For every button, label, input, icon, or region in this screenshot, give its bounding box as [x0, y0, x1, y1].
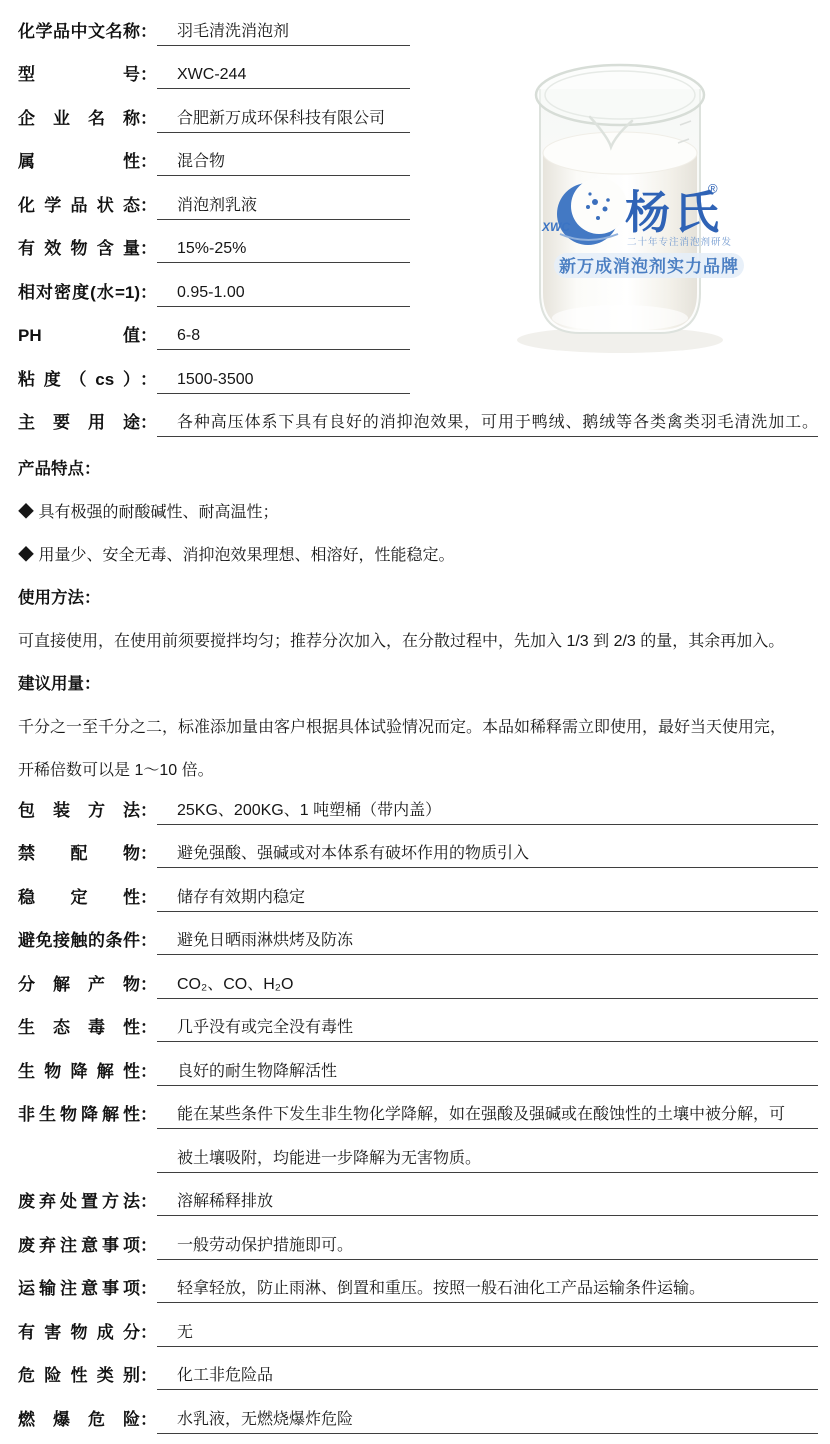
field-value: CO₂、CO、H₂O — [157, 975, 818, 999]
field-label: 有害物成分 — [18, 1323, 140, 1347]
field-label: 有效物含量 — [18, 239, 140, 263]
logo-code-text: XWC — [541, 220, 570, 234]
dosage-text-line-2: 开稀倍数可以是 1～10 倍。 — [18, 738, 818, 781]
field-label: 相对密度(水=1) — [18, 283, 140, 307]
field-label: 稳定性 — [18, 888, 140, 912]
field-label: 禁配物 — [18, 844, 140, 868]
field-colon: ： — [140, 109, 157, 133]
field-colon: ： — [140, 1192, 157, 1216]
field-row-transport-precautions: 运输注意事项： 轻拿轻放，防止雨淋、倒置和重压。按照一般石油化工产品运输条件运输… — [18, 1260, 818, 1304]
datasheet-page: 化学品中文名称： 羽毛清洗消泡剂 型号： XWC-244 企业名称： 合肥新万成… — [0, 0, 830, 1444]
field-label: 化学品状态 — [18, 196, 140, 220]
field-value: 化工非危险品 — [157, 1366, 818, 1390]
field-row-eco-toxicity: 生态毒性： 几乎没有或完全没有毒性 — [18, 999, 818, 1043]
field-value: 6-8 — [157, 326, 410, 350]
field-colon: ： — [140, 1366, 157, 1390]
field-colon: ： — [140, 801, 157, 825]
field-colon: ： — [140, 1236, 157, 1260]
field-row-decomposition-products: 分解产物： CO₂、CO、H₂O — [18, 955, 818, 999]
features-heading: 产品特点： — [18, 437, 818, 480]
field-colon: ： — [140, 1062, 157, 1086]
field-label: 燃爆危险 — [18, 1410, 140, 1434]
field-colon: ： — [140, 152, 157, 176]
field-row-fire-explosion-hazard: 燃爆危险： 水乳液，无燃烧爆炸危险 — [18, 1390, 818, 1434]
field-label: 生物降解性 — [18, 1062, 140, 1086]
field-colon: ： — [140, 22, 157, 46]
usage-method-heading: 使用方法： — [18, 566, 818, 609]
field-label: 非生物降解性 — [18, 1105, 140, 1129]
field-label: 危险性类别 — [18, 1366, 140, 1390]
field-label: 生态毒性 — [18, 1018, 140, 1042]
field-colon: ： — [140, 888, 157, 912]
field-row-non-biodegradability: 非生物降解性： 能在某些条件下发生非生物化学降解，如在强酸及强碱或在酸蚀性的土壤… — [18, 1086, 818, 1173]
field-label: 化学品中文名称 — [18, 22, 140, 46]
field-value: 几乎没有或完全没有毒性 — [157, 1018, 818, 1042]
field-label: 包装方法 — [18, 801, 140, 825]
field-value: 一般劳动保护措施即可。 — [157, 1236, 818, 1260]
field-label: 避免接触的条件 — [18, 931, 140, 955]
field-label: 企业名称 — [18, 109, 140, 133]
field-label: 属性 — [18, 152, 140, 176]
brand-tagline-text: 二十年专注消泡剂研发 — [627, 236, 732, 248]
field-colon: ： — [140, 239, 157, 263]
field-value: 良好的耐生物降解活性 — [157, 1062, 818, 1086]
field-value-line-1: 能在某些条件下发生非生物化学降解，如在强酸及强碱或在酸蚀性的土壤中被分解，可 — [157, 1086, 818, 1130]
field-colon: ： — [140, 1018, 157, 1042]
field-row-waste-precautions: 废弃注意事项： 一般劳动保护措施即可。 — [18, 1216, 818, 1260]
feature-bullet-1: ◆ 具有极强的耐酸碱性、耐高温性； — [18, 480, 818, 523]
field-value: 水乳液，无燃烧爆炸危险 — [157, 1410, 818, 1434]
field-value-line-2: 被土壤吸附，均能进一步降解为无害物质。 — [157, 1129, 818, 1173]
field-value: 轻拿轻放，防止雨淋、倒置和重压。按照一般石油化工产品运输条件运输。 — [157, 1279, 818, 1303]
field-label: PH值 — [18, 326, 140, 350]
dosage-heading: 建议用量： — [18, 652, 818, 695]
field-colon: ： — [140, 1105, 157, 1129]
field-row-main-use: 主要用途： 各种高压体系下具有良好的消抑泡效果，可用于鸭绒、鹅绒等各类禽类羽毛清… — [18, 394, 818, 438]
field-colon: ： — [140, 1279, 157, 1303]
field-value: 25KG、200KG、1 吨塑桶（带内盖） — [157, 801, 818, 825]
field-value: 混合物 — [157, 152, 410, 176]
beaker-rim-outer — [536, 65, 704, 125]
registered-trademark-icon: ® — [708, 181, 718, 196]
brand-banner-text: 新万成消泡剂实力品牌 — [559, 256, 739, 276]
field-value: 无 — [157, 1323, 818, 1347]
field-value: 储存有效期内稳定 — [157, 888, 818, 912]
product-photo-beaker: XWC 杨氏 ® 二十年专注消泡剂研发 新万成消泡剂实力品牌 — [498, 36, 778, 358]
field-colon: ： — [140, 975, 157, 999]
field-value: 避免日晒雨淋烘烤及防冻 — [157, 931, 818, 955]
field-row-stability: 稳定性： 储存有效期内稳定 — [18, 868, 818, 912]
field-value: 1500-3500 — [157, 370, 410, 394]
field-value: 羽毛清洗消泡剂 — [157, 22, 410, 46]
field-value: 避免强酸、强碱或对本体系有破坏作用的物质引入 — [157, 844, 818, 868]
field-label: 运输注意事项 — [18, 1279, 140, 1303]
field-value: XWC-244 — [157, 65, 410, 89]
field-value: 15%-25% — [157, 239, 410, 263]
field-colon: ： — [140, 844, 157, 868]
field-value: 合肥新万成环保科技有限公司 — [157, 109, 410, 133]
field-colon: ： — [140, 1410, 157, 1434]
feature-bullet-2: ◆ 用量少、安全无毒、消抑泡效果理想、相溶好，性能稳定。 — [18, 523, 818, 566]
field-label: 粘度（cs） — [18, 370, 140, 394]
field-value: 0.95-1.00 — [157, 283, 410, 307]
field-label: 主要用途 — [18, 413, 140, 437]
field-colon: ： — [140, 283, 157, 307]
field-colon: ： — [140, 931, 157, 955]
field-colon: ： — [140, 370, 157, 394]
liquid-surface — [543, 132, 697, 174]
field-row-biodegradability: 生物降解性： 良好的耐生物降解活性 — [18, 1042, 818, 1086]
field-label: 废弃注意事项 — [18, 1236, 140, 1260]
field-row-conditions-to-avoid: 避免接触的条件： 避免日晒雨淋烘烤及防冻 — [18, 912, 818, 956]
field-colon: ： — [140, 413, 157, 437]
field-label: 分解产物 — [18, 975, 140, 999]
dosage-text-line-1: 千分之一至千分之二，标准添加量由客户根据具体试验情况而定。本品如稀释需立即使用，… — [18, 695, 818, 738]
field-value: 各种高压体系下具有良好的消抑泡效果，可用于鸭绒、鹅绒等各类禽类羽毛清洗加工。 — [157, 413, 818, 437]
field-label: 废弃处置方法 — [18, 1192, 140, 1216]
beaker-illustration: XWC 杨氏 ® 二十年专注消泡剂研发 新万成消泡剂实力品牌 — [498, 36, 778, 358]
field-row-waste-disposal-method: 废弃处置方法： 溶解稀释排放 — [18, 1173, 818, 1217]
field-row-incompatibilities: 禁配物： 避免强酸、强碱或对本体系有破坏作用的物质引入 — [18, 825, 818, 869]
field-value: 消泡剂乳液 — [157, 196, 410, 220]
liquid-bottom-highlight — [552, 305, 688, 331]
field-colon: ： — [140, 196, 157, 220]
field-label: 型号 — [18, 65, 140, 89]
field-value: 溶解稀释排放 — [157, 1192, 818, 1216]
field-row-harmful-components: 有害物成分： 无 — [18, 1303, 818, 1347]
field-row-hazard-category: 危险性类别： 化工非危险品 — [18, 1347, 818, 1391]
field-colon: ： — [140, 326, 157, 350]
field-row-packing-method: 包装方法： 25KG、200KG、1 吨塑桶（带内盖） — [18, 781, 818, 825]
field-colon: ： — [140, 65, 157, 89]
field-colon: ： — [140, 1323, 157, 1347]
usage-method-text: 可直接使用，在使用前须要搅拌均匀；推荐分次加入，在分散过程中，先加入 1/3 到… — [18, 609, 818, 652]
